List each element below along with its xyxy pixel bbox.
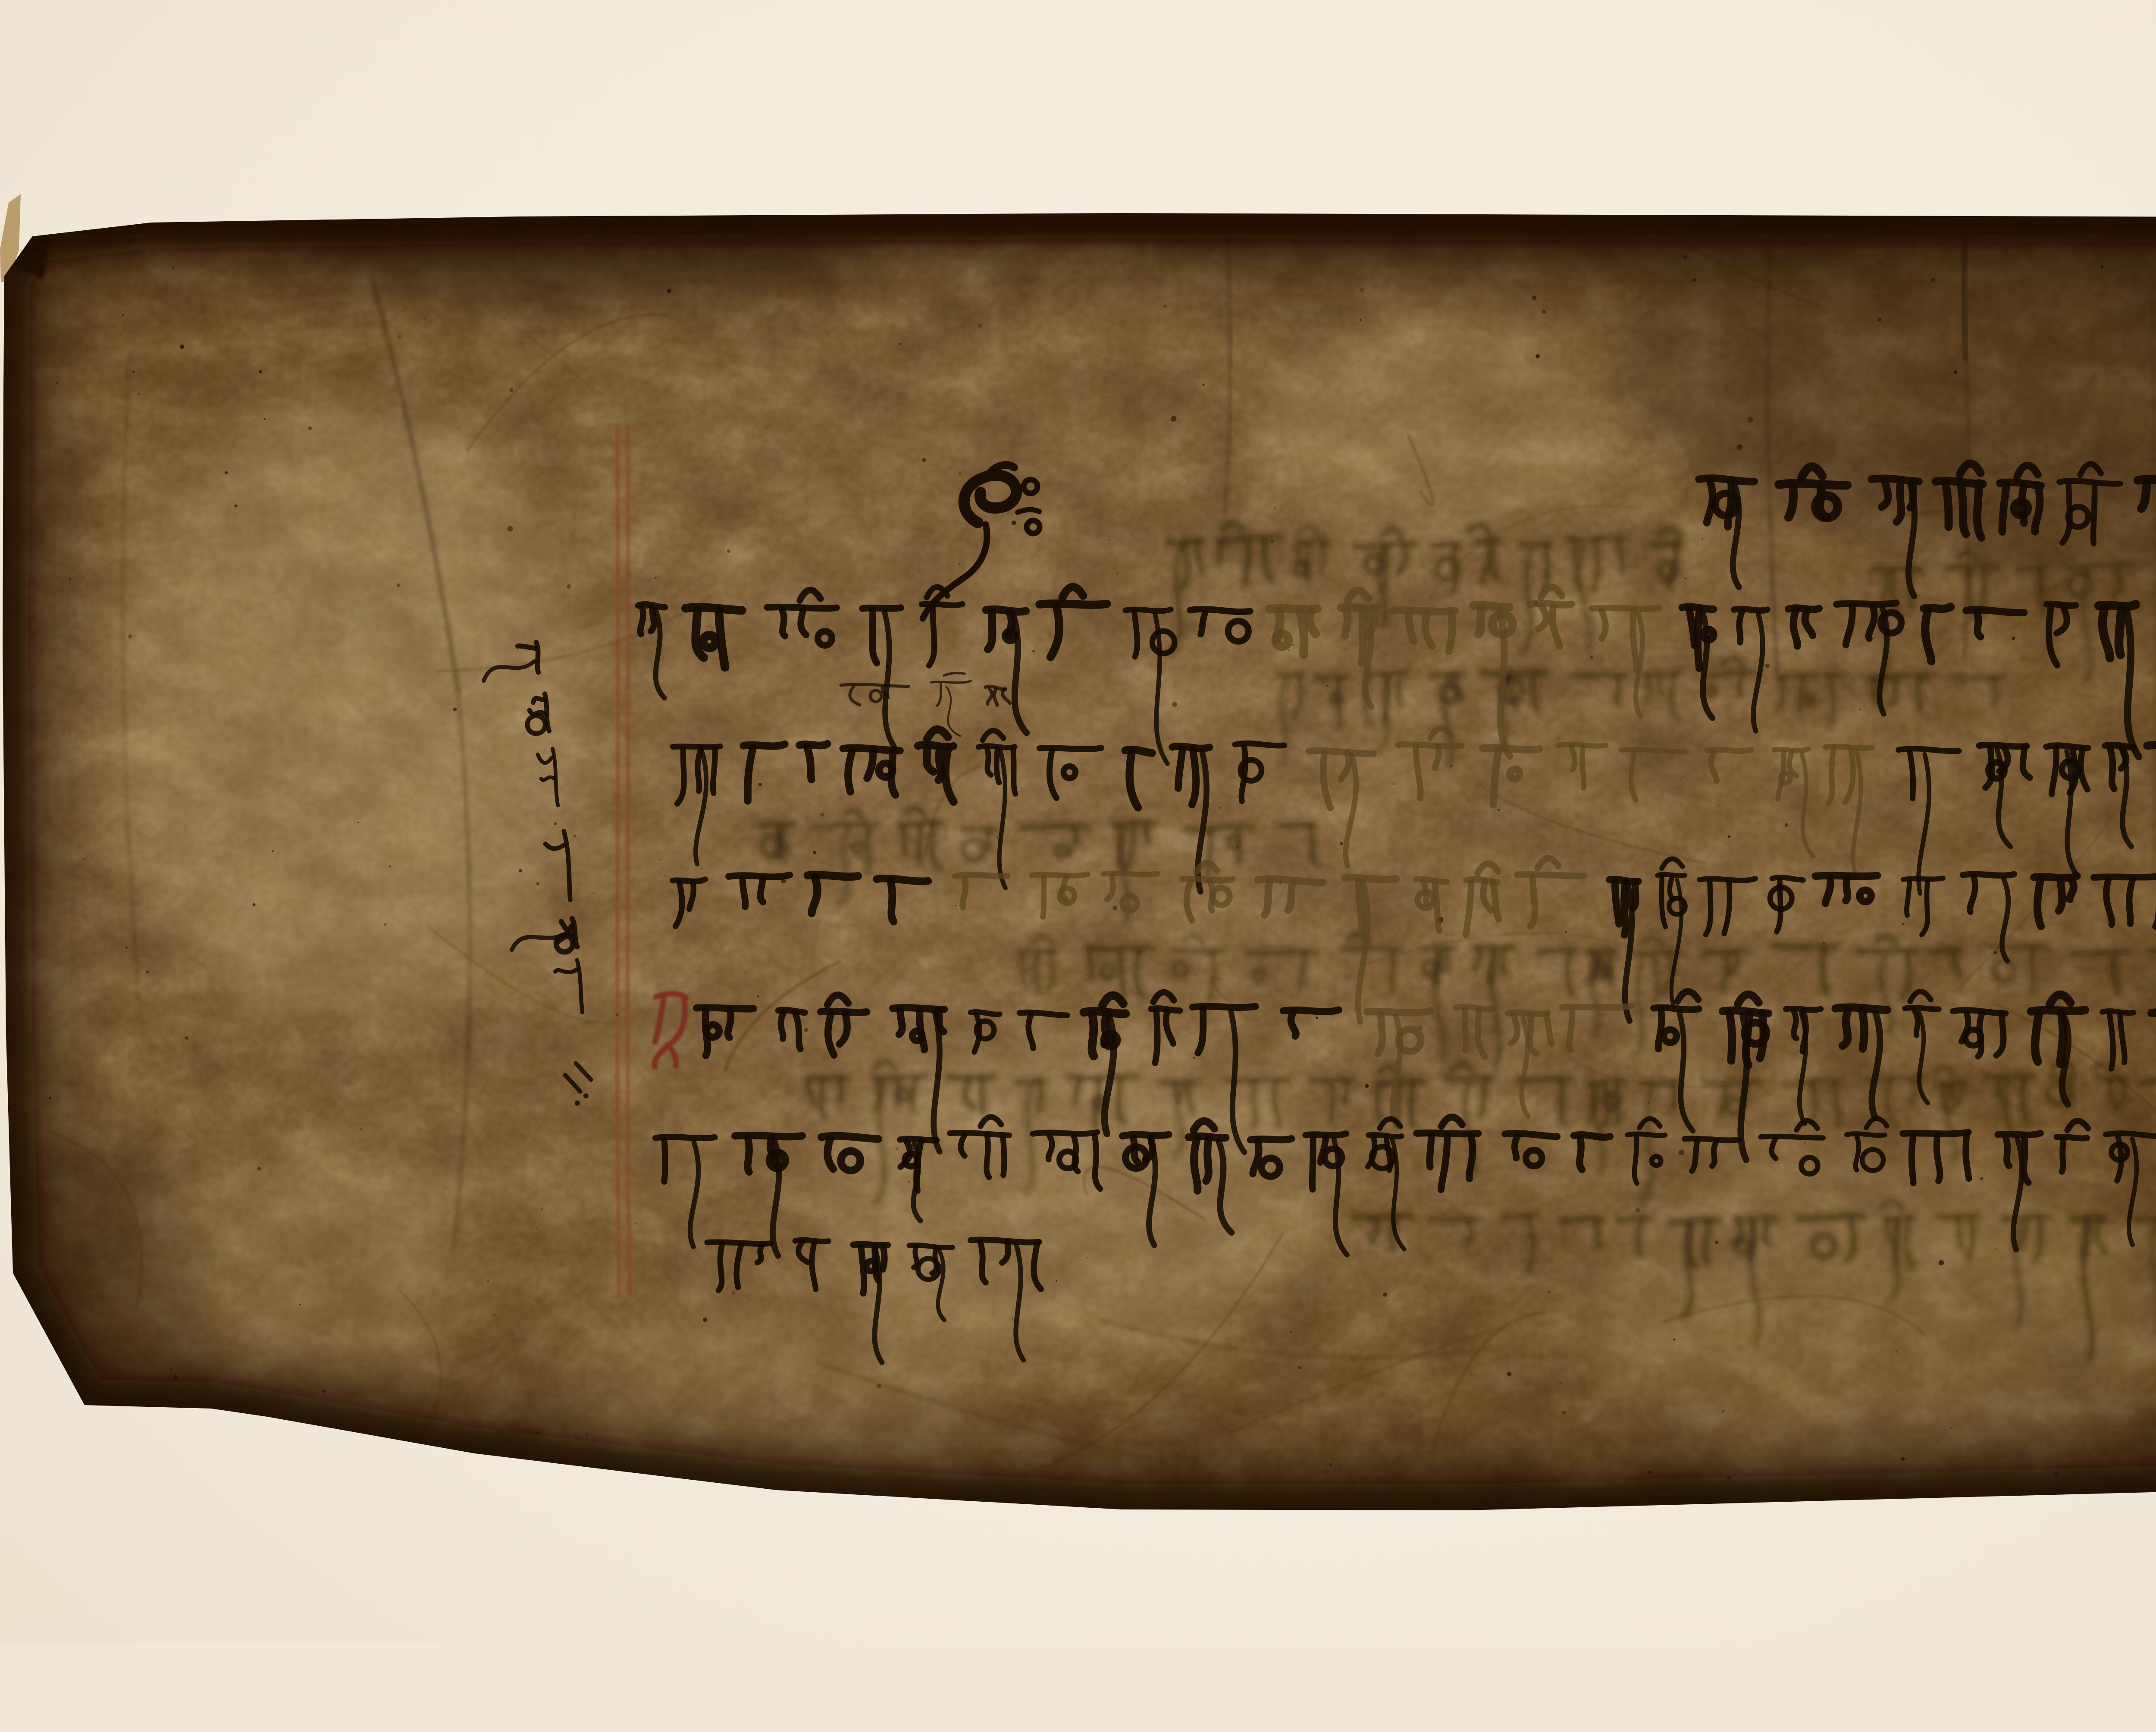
manuscript-leaf xyxy=(0,0,2156,1732)
lightbox-background: Backlit Tibetan cursive manuscript leaf … xyxy=(0,0,2156,1732)
manuscript-photo xyxy=(0,0,2156,1732)
